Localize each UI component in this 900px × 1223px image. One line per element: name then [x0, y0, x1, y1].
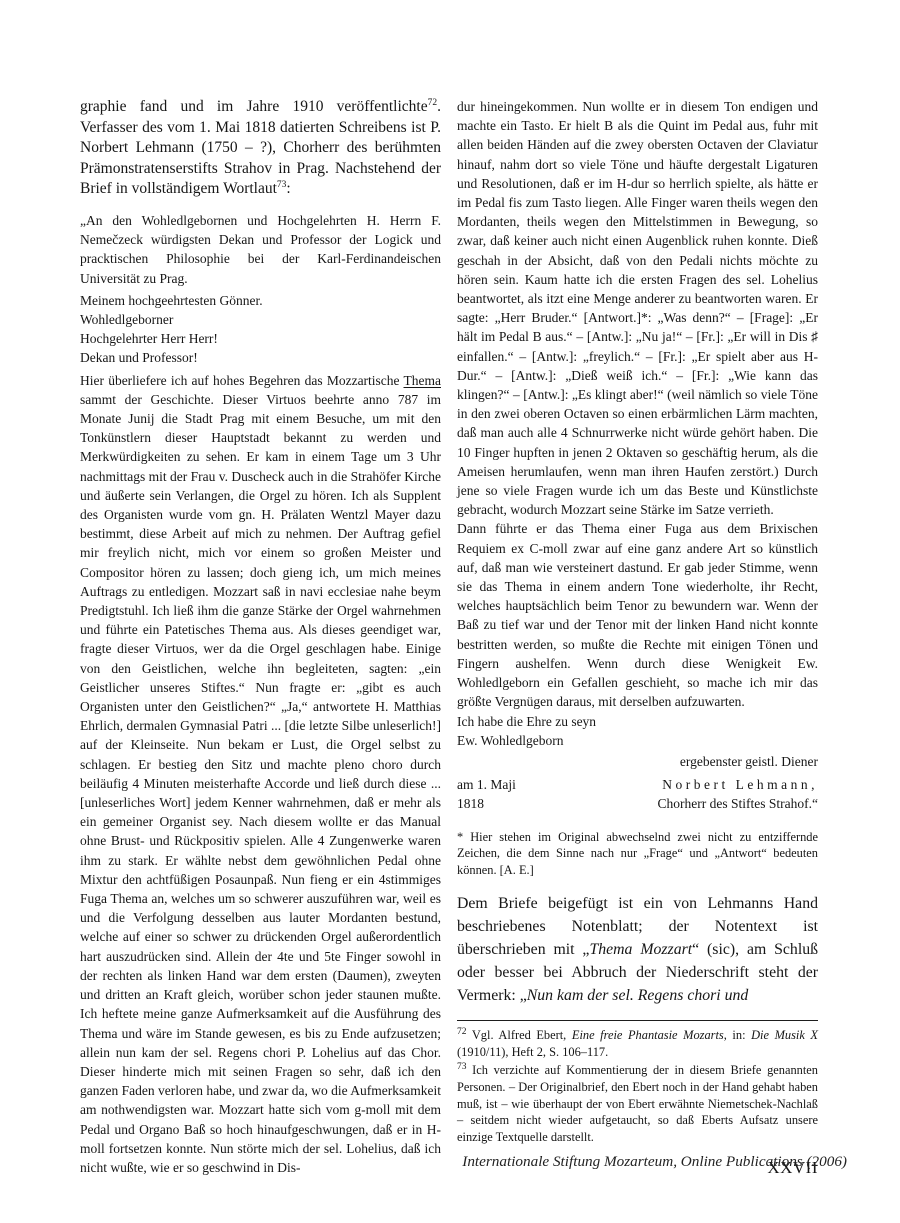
left-column: graphie fand und im Jahre 1910 veröffent…	[80, 97, 441, 1178]
text-run: Vgl. Alfred Ebert,	[467, 1028, 572, 1042]
scanned-page: graphie fand und im Jahre 1910 veröffent…	[0, 0, 900, 1223]
editor-commentary-paragraph: Dem Briefe beigefügt ist ein von Lehmann…	[457, 892, 818, 1007]
signature-name: Norbert Lehmann,	[658, 775, 818, 794]
two-column-text-area: graphie fand und im Jahre 1910 veröffent…	[80, 97, 818, 1178]
footnote-number: 73	[457, 1062, 467, 1072]
intro-paragraph: graphie fand und im Jahre 1910 veröffent…	[80, 97, 441, 200]
underlined-word: Thema	[404, 373, 441, 388]
text-run: Ich verzichte auf Kommentierung der in d…	[457, 1063, 818, 1143]
letter-continuation-paragraph: dur hineingekommen. Nun wollte er in die…	[457, 97, 818, 519]
footnote-ref-72: 72	[428, 98, 438, 108]
text-run: Hier stehen im Original abwechselnd zwei…	[457, 830, 818, 877]
italic-run: Die Musik X	[751, 1028, 818, 1042]
italic-run: Nun kam der sel. Regens chori und	[527, 987, 749, 1004]
letter-date-block: am 1. Maji 1818	[457, 775, 516, 813]
text-run: sammt der Geschichte. Dieser Virtuos bee…	[80, 392, 441, 1175]
text-run: , in:	[724, 1028, 751, 1042]
text-run: Hier überliefere ich auf hohes Begehren …	[80, 373, 404, 388]
footnote-72: 72 Vgl. Alfred Ebert, Eine freie Phantas…	[457, 1027, 818, 1060]
signature-row: am 1. Maji 1818 Norbert Lehmann, Chorher…	[457, 775, 818, 813]
letter-greeting-line: Hochgelehrter Herr Herr!	[80, 329, 441, 348]
footnote-73: 73 Ich verzichte auf Kommentierung der i…	[457, 1062, 818, 1145]
letter-date-line: am 1. Maji	[457, 775, 516, 794]
asterisk-footnote: * Hier stehen im Original abwechselnd zw…	[457, 829, 818, 879]
publication-footer: Internationale Stiftung Mozarteum, Onlin…	[462, 1153, 847, 1171]
letter-closing-line: Ich habe die Ehre zu seyn	[457, 712, 818, 731]
right-column: dur hineingekommen. Nun wollte er in die…	[457, 97, 818, 1178]
letter-body-paragraph: Hier überliefere ich auf hohes Begehren …	[80, 371, 441, 1178]
letter-address: „An den Wohledlgebornen und Hochgelehrte…	[80, 211, 441, 288]
text-run: (1910/11), Heft 2, S. 106–117.	[457, 1045, 608, 1059]
text-run: graphie fand und im Jahre 1910 veröffent…	[80, 98, 428, 115]
footnote-number: 72	[457, 1027, 467, 1037]
letter-quote-block: „An den Wohledlgebornen und Hochgelehrte…	[80, 211, 441, 1177]
letter-date-line: 1818	[457, 794, 516, 813]
italic-run: Thema Mozzart	[589, 941, 692, 958]
letter-greeting-line: Wohledlgeborner	[80, 310, 441, 329]
signature-block: Norbert Lehmann, Chorherr des Stiftes St…	[658, 775, 818, 813]
letter-closing-line: Ew. Wohledlgeborn	[457, 731, 818, 750]
footnote-ref-73: 73	[277, 180, 287, 190]
letter-quote-continuation: dur hineingekommen. Nun wollte er in die…	[457, 97, 818, 814]
letter-greeting-line: Meinem hochgeehrtesten Gönner.	[80, 291, 441, 310]
letter-greeting-line: Dekan und Professor!	[80, 348, 441, 367]
letter-valediction: ergebenster geistl. Diener	[457, 752, 818, 771]
signature-title: Chorherr des Stiftes Strahof.“	[658, 794, 818, 813]
text-run: :	[286, 180, 290, 197]
letter-second-paragraph: Dann führte er das Thema einer Fuga aus …	[457, 519, 818, 711]
italic-run: Eine freie Phantasie Mozarts	[572, 1028, 724, 1042]
footnote-rule	[457, 1020, 818, 1021]
